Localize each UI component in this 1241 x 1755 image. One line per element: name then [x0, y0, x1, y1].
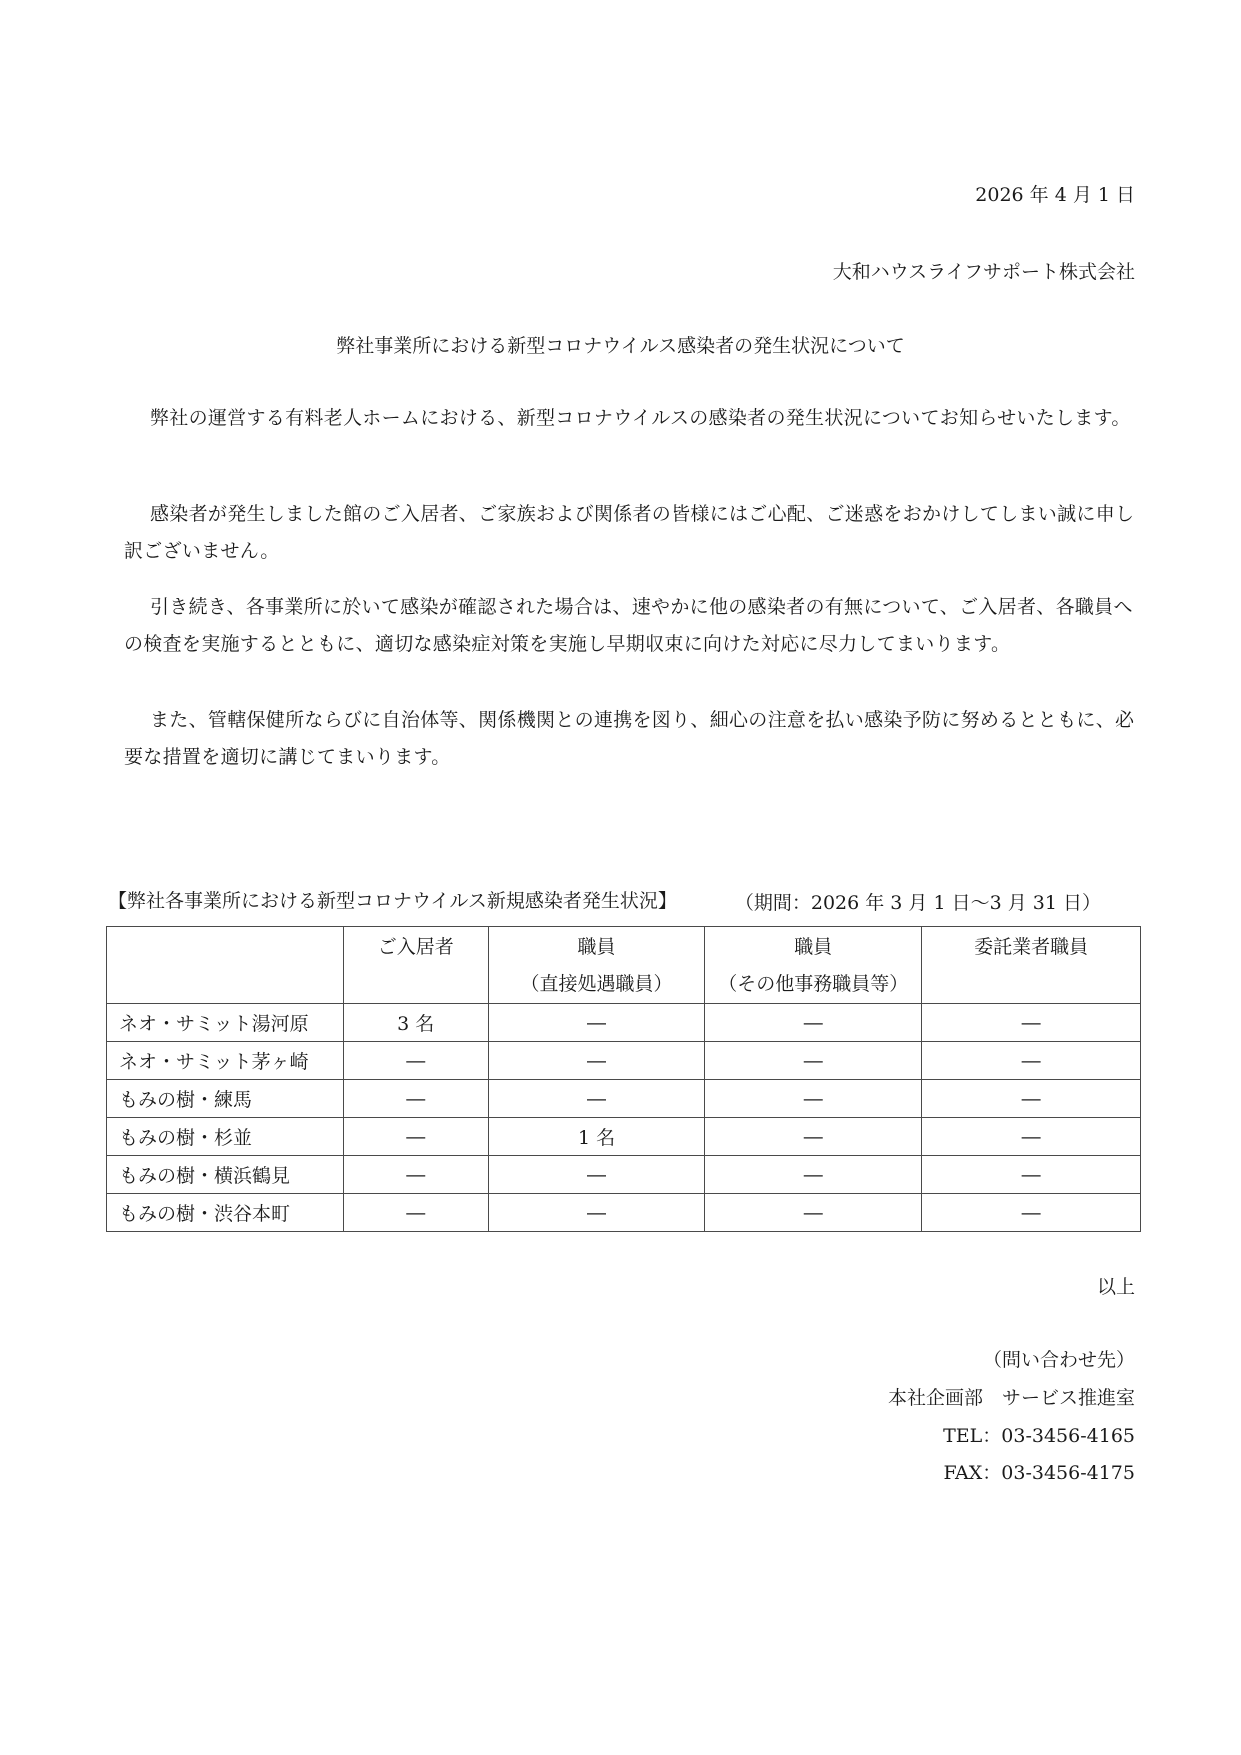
contractor-staff-count: ― — [922, 1042, 1141, 1080]
residents-count: ― — [343, 1194, 488, 1232]
facility-name: もみの樹・横浜鶴見 — [107, 1156, 344, 1194]
table-row: ネオ・サミット湯河原 3 名 ― ― ― — [107, 1004, 1141, 1042]
residents-count: ― — [343, 1042, 488, 1080]
table-period: （期間：2026 年 3 月 1 日～3 月 31 日） — [735, 888, 1101, 915]
table-row: ネオ・サミット茅ヶ崎 ― ― ― ― — [107, 1042, 1141, 1080]
direct-staff-count: ― — [488, 1042, 705, 1080]
direct-staff-count: 1 名 — [488, 1118, 705, 1156]
table-row: もみの樹・練馬 ― ― ― ― — [107, 1080, 1141, 1118]
table-caption: 【弊社各事業所における新型コロナウイルス新規感染者発生状況】 — [108, 886, 677, 913]
other-staff-count: ― — [705, 1042, 922, 1080]
contractor-staff-count: ― — [922, 1194, 1141, 1232]
facility-name: ネオ・サミット茅ヶ崎 — [107, 1042, 344, 1080]
closing-remark: 以上 — [1097, 1272, 1135, 1299]
direct-staff-count: ― — [488, 1080, 705, 1118]
other-staff-count: ― — [705, 1080, 922, 1118]
table-header-row: ご入居者 職員（直接処遇職員） 職員（その他事務職員等） 委託業者職員 — [107, 927, 1141, 1004]
contractor-staff-count: ― — [922, 1118, 1141, 1156]
other-staff-count: ― — [705, 1118, 922, 1156]
table-row: もみの樹・杉並 ― 1 名 ― ― — [107, 1118, 1141, 1156]
paragraph-prevention: また、管轄保健所ならびに自治体等、関係機関との連携を図り、細心の注意を払い感染予… — [124, 702, 1140, 776]
contact-tel: TEL：03-3456-4165 — [943, 1421, 1135, 1448]
contact-department: 本社企画部 サービス推進室 — [888, 1383, 1135, 1410]
facility-name: もみの樹・杉並 — [107, 1118, 344, 1156]
facility-name: もみの樹・練馬 — [107, 1080, 344, 1118]
direct-staff-count: ― — [488, 1156, 705, 1194]
residents-count: ― — [343, 1118, 488, 1156]
other-staff-count: ― — [705, 1194, 922, 1232]
paragraph-apology: 感染者が発生しました館のご入居者、ご家族および関係者の皆様にはご心配、ご迷惑をお… — [124, 496, 1140, 570]
other-staff-count: ― — [705, 1156, 922, 1194]
contractor-staff-count: ― — [922, 1156, 1141, 1194]
facility-name: ネオ・サミット湯河原 — [107, 1004, 344, 1042]
header-other-staff: 職員（その他事務職員等） — [705, 927, 922, 1004]
document-title: 弊社事業所における新型コロナウイルス感染者の発生状況について — [0, 331, 1241, 358]
contractor-staff-count: ― — [922, 1080, 1141, 1118]
direct-staff-count: ― — [488, 1004, 705, 1042]
contact-fax: FAX：03-3456-4175 — [943, 1458, 1135, 1485]
facility-name: もみの樹・渋谷本町 — [107, 1194, 344, 1232]
header-direct-staff: 職員（直接処遇職員） — [488, 927, 705, 1004]
table-row: もみの樹・横浜鶴見 ― ― ― ― — [107, 1156, 1141, 1194]
company-name: 大和ハウスライフサポート株式会社 — [833, 257, 1135, 284]
infection-status-table: ご入居者 職員（直接処遇職員） 職員（その他事務職員等） 委託業者職員 ネオ・サ… — [106, 926, 1141, 1232]
header-facility — [107, 927, 344, 1004]
paragraph-response: 引き続き、各事業所に於いて感染が確認された場合は、速やかに他の感染者の有無につい… — [124, 589, 1140, 663]
paragraph-intro: 弊社の運営する有料老人ホームにおける、新型コロナウイルスの感染者の発生状況につい… — [124, 400, 1140, 437]
header-residents: ご入居者 — [343, 927, 488, 1004]
table-row: もみの樹・渋谷本町 ― ― ― ― — [107, 1194, 1141, 1232]
document-date: 2026 年 4 月 1 日 — [975, 180, 1135, 207]
contact-label: （問い合わせ先） — [983, 1345, 1135, 1372]
direct-staff-count: ― — [488, 1194, 705, 1232]
residents-count: 3 名 — [343, 1004, 488, 1042]
contractor-staff-count: ― — [922, 1004, 1141, 1042]
header-contractor-staff: 委託業者職員 — [922, 927, 1141, 1004]
residents-count: ― — [343, 1156, 488, 1194]
other-staff-count: ― — [705, 1004, 922, 1042]
residents-count: ― — [343, 1080, 488, 1118]
